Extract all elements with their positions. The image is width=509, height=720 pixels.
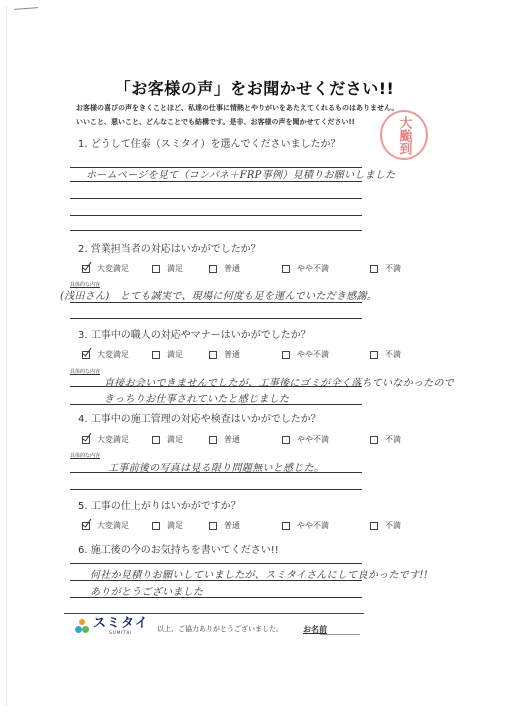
rating-options-q5: 大変満足 満足 普通 やや不満 不満 — [82, 520, 422, 534]
checkbox-icon[interactable] — [370, 436, 378, 444]
answer-rule — [70, 181, 362, 182]
answer-rule — [70, 230, 362, 231]
sumitai-logo: スミタイ SUMITAI — [75, 617, 149, 635]
checkbox-checked-icon[interactable] — [82, 522, 90, 530]
footer-divider — [64, 613, 364, 614]
logo-mark-icon — [75, 619, 89, 633]
answer-rule — [70, 580, 362, 581]
option-somewhat-dissatisfied[interactable]: やや不満 — [282, 520, 329, 531]
rating-options-q3: 大変満足 満足 普通 やや不満 不満 — [82, 349, 422, 363]
option-somewhat-dissatisfied[interactable]: やや不満 — [282, 263, 329, 274]
detail-label: 具体的な内容 — [70, 452, 100, 459]
checkbox-icon[interactable] — [209, 522, 217, 530]
option-satisfied[interactable]: 満足 — [152, 349, 183, 360]
answer-rule — [70, 472, 362, 473]
answer-rule — [70, 489, 362, 490]
answer-2-line-1: (浅田さん) とても誠実で、現場に何度も足を運んでいただき感謝。 — [60, 287, 377, 302]
logo-name: スミタイ — [93, 617, 149, 630]
checkbox-checked-icon[interactable] — [82, 351, 90, 359]
option-normal[interactable]: 普通 — [209, 520, 240, 531]
option-normal[interactable]: 普通 — [209, 263, 240, 274]
checkbox-icon[interactable] — [282, 351, 290, 359]
option-very-satisfied[interactable]: 大変満足 — [82, 349, 129, 360]
red-seal-stamp: 大颱到 — [380, 110, 428, 160]
question-5: 5. 工事の仕上がりはいかがですか？ — [78, 497, 241, 512]
question-2: 2. 営業担当者の対応はいかがでしたか？ — [78, 240, 261, 255]
checkbox-checked-icon[interactable] — [82, 265, 90, 273]
option-very-satisfied[interactable]: 大変満足 — [82, 520, 129, 531]
checkbox-icon[interactable] — [152, 351, 160, 359]
option-somewhat-dissatisfied[interactable]: やや不満 — [282, 434, 329, 445]
option-very-satisfied[interactable]: 大変満足 — [82, 263, 129, 274]
checkbox-icon[interactable] — [209, 265, 217, 273]
corner-mark — [14, 7, 38, 10]
rating-options-q4: 大変満足 満足 普通 やや不満 不満 — [82, 434, 422, 448]
name-field[interactable] — [320, 634, 360, 635]
option-satisfied[interactable]: 満足 — [152, 434, 183, 445]
question-3: 3. 工事中の職人の対応やマナーはいかがでしたか？ — [78, 326, 311, 341]
answer-rule — [70, 318, 362, 319]
logo-subtitle: SUMITAI — [109, 630, 132, 635]
detail-label: 具体的な内容 — [70, 368, 100, 375]
checkbox-icon[interactable] — [152, 265, 160, 273]
scan-edge — [6, 6, 7, 706]
option-normal[interactable]: 普通 — [209, 434, 240, 445]
question-1: 1. どうして住泰（スミタイ）を選んでくださいましたか？ — [78, 135, 341, 150]
option-somewhat-dissatisfied[interactable]: やや不満 — [282, 349, 329, 360]
checkbox-icon[interactable] — [282, 436, 290, 444]
checkbox-icon[interactable] — [282, 522, 290, 530]
option-satisfied[interactable]: 満足 — [152, 263, 183, 274]
thanks-text: 以上、ご協力ありがとうございました。 — [157, 624, 283, 634]
answer-3-line-2: きっちりお仕事されていたと感じました — [104, 390, 289, 405]
answer-rule — [70, 302, 362, 303]
rating-options-q2: 大変満足 満足 普通 やや不満 不満 — [82, 263, 422, 277]
checkbox-icon[interactable] — [370, 522, 378, 530]
checkbox-icon[interactable] — [152, 522, 160, 530]
answer-rule — [70, 215, 362, 216]
checkbox-icon[interactable] — [209, 351, 217, 359]
answer-rule — [70, 198, 362, 199]
option-dissatisfied[interactable]: 不満 — [370, 349, 401, 360]
answer-rule — [70, 563, 362, 564]
answer-rule — [70, 386, 362, 387]
intro-line-2: いいこと、悪いこと、どんなことでも結構です。是非、お客様の声を聞かせてください!… — [76, 117, 355, 127]
checkbox-icon[interactable] — [209, 436, 217, 444]
option-normal[interactable]: 普通 — [209, 349, 240, 360]
answer-rule — [70, 597, 362, 598]
checkbox-checked-icon[interactable] — [82, 436, 90, 444]
checkbox-icon[interactable] — [282, 265, 290, 273]
answer-rule — [70, 167, 362, 168]
survey-form-page: 「お客様の声」をお聞かせください!! お客様の喜びの声をきくことほど、私達の仕事… — [0, 0, 509, 720]
answer-6-line-2: ありがとうございました — [90, 583, 203, 598]
checkbox-icon[interactable] — [370, 265, 378, 273]
question-6: 6. 施工後の今のお気持ちを書いてください!! — [78, 541, 279, 556]
checkbox-icon[interactable] — [370, 351, 378, 359]
answer-rule — [70, 404, 362, 405]
checkbox-icon[interactable] — [152, 436, 160, 444]
option-dissatisfied[interactable]: 不満 — [370, 263, 401, 274]
option-dissatisfied[interactable]: 不満 — [370, 520, 401, 531]
answer-6-line-1: 何社か見積りお願いしていましたが、スミタイさんにして良かったです!! — [90, 566, 428, 581]
answer-1-line-1: ホームページを見て（コンパネ＋FRP事例）見積りお願いしました — [86, 166, 396, 181]
form-title: 「お客様の声」をお聞かせください!! — [0, 76, 509, 99]
option-very-satisfied[interactable]: 大変満足 — [82, 434, 129, 445]
option-satisfied[interactable]: 満足 — [152, 520, 183, 531]
question-4: 4. 工事中の施工管理の対応や検査はいかがでしたか？ — [78, 410, 321, 425]
option-dissatisfied[interactable]: 不満 — [370, 434, 401, 445]
intro-line-1: お客様の喜びの声をきくことほど、私達の仕事に情熱とやりがいをあたえてくれるものは… — [76, 103, 398, 113]
